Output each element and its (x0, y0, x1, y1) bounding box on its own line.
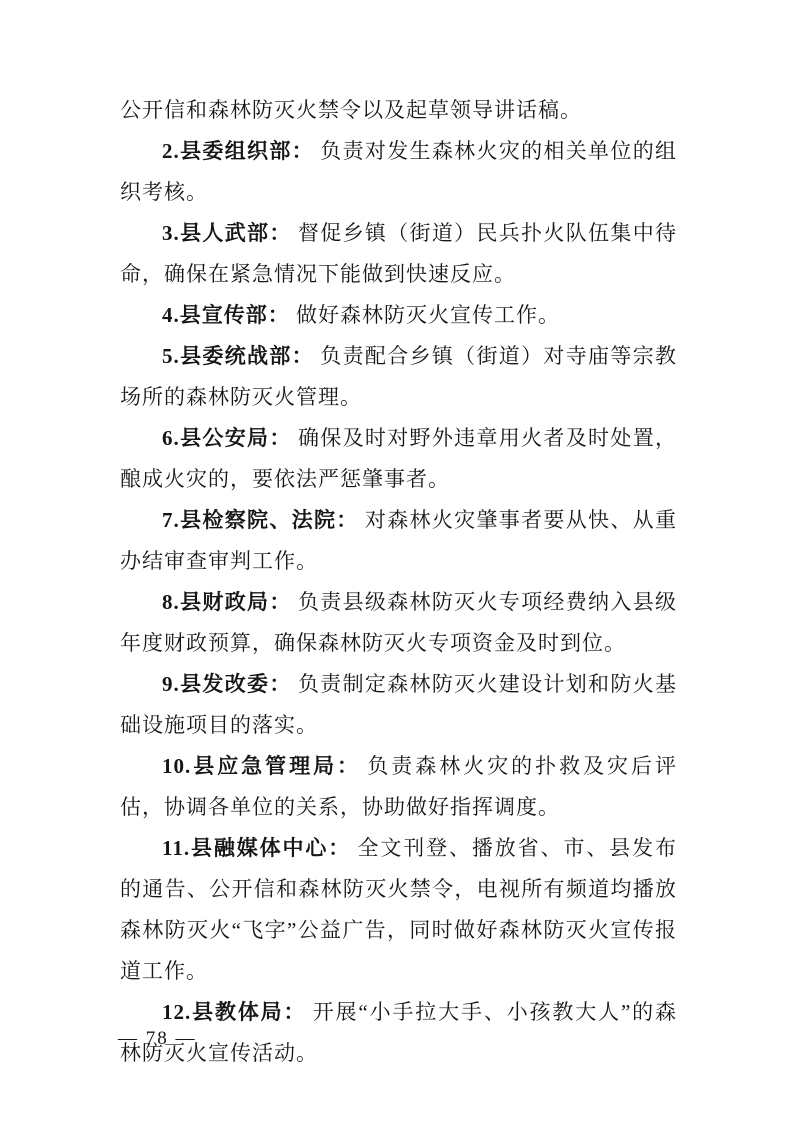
paragraph-heading: 9.县发改委： (162, 672, 292, 696)
paragraph-heading: 6.县公安局： (162, 426, 292, 450)
paragraph-heading: 3.县人武部： (162, 221, 292, 245)
paragraph-4: 4.县宣传部：做好森林防灭火宣传工作。 (120, 295, 677, 336)
paragraph-heading: 12.县教体局： (162, 1000, 306, 1024)
paragraph-6: 6.县公安局：确保及时对野外违章用火者及时处置，酿成火灾的，要依法严惩肇事者。 (120, 418, 677, 500)
paragraph-8: 8.县财政局：负责县级森林防灭火专项经费纳入县级年度财政预算，确保森林防灭火专项… (120, 582, 677, 664)
paragraph-continuation: 公开信和森林防灭火禁令以及起草领导讲话稿。 (120, 90, 677, 131)
document-content: 公开信和森林防灭火禁令以及起草领导讲话稿。 2.县委组织部：负责对发生森林火灾的… (120, 90, 677, 1074)
paragraph-heading: 2.县委组织部： (162, 139, 314, 163)
page-number: — 78 — (118, 1028, 197, 1050)
paragraph-10: 10.县应急管理局：负责森林火灾的扑救及灾后评估，协调各单位的关系，协助做好指挥… (120, 746, 677, 828)
paragraph-heading: 5.县委统战部： (162, 344, 314, 368)
paragraph-text: 公开信和森林防灭火禁令以及起草领导讲话稿。 (120, 98, 582, 122)
paragraph-text: 做好森林防灭火宣传工作。 (296, 303, 560, 327)
paragraph-3: 3.县人武部：督促乡镇（街道）民兵扑火队伍集中待命，确保在紧急情况下能做到快速反… (120, 213, 677, 295)
document-page: 公开信和森林防灭火禁令以及起草领导讲话稿。 2.县委组织部：负责对发生森林火灾的… (0, 0, 793, 1122)
paragraph-heading: 11.县融媒体中心： (162, 836, 351, 860)
paragraph-heading: 7.县检察院、法院： (162, 508, 359, 532)
paragraph-5: 5.县委统战部：负责配合乡镇（街道）对寺庙等宗教场所的森林防灭火管理。 (120, 336, 677, 418)
paragraph-heading: 8.县财政局： (162, 590, 292, 614)
paragraph-11: 11.县融媒体中心：全文刊登、播放省、市、县发布的通告、公开信和森林防灭火禁令，… (120, 828, 677, 992)
paragraph-12: 12.县教体局：开展“小手拉大手、小孩教大人”的森林防灭火宣传活动。 (120, 992, 677, 1074)
paragraph-heading: 4.县宣传部： (162, 303, 290, 327)
paragraph-9: 9.县发改委：负责制定森林防灭火建设计划和防火基础设施项目的落实。 (120, 664, 677, 746)
paragraph-7: 7.县检察院、法院：对森林火灾肇事者要从快、从重办结审查审判工作。 (120, 500, 677, 582)
paragraph-2: 2.县委组织部：负责对发生森林火灾的相关单位的组织考核。 (120, 131, 677, 213)
paragraph-heading: 10.县应急管理局： (162, 754, 361, 778)
